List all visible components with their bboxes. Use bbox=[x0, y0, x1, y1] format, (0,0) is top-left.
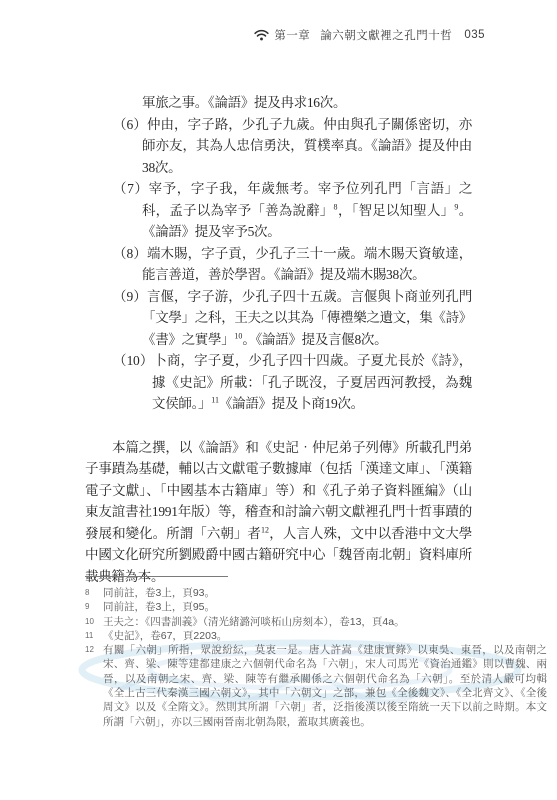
disciple-item-6: （6）仲由，字子路，少孔子九歲。仲由與孔子關係密切，亦師亦友，其為人忠信勇決，質… bbox=[85, 114, 472, 179]
footnote-text: 王夫之：《四書訓義》（清光緒潞河啖柘山房刻本），卷13，頁4a。 bbox=[103, 616, 405, 628]
footnote-number: 9 bbox=[85, 600, 89, 614]
item-marker: （9） bbox=[113, 289, 147, 304]
book-page: 第一章 論六朝文獻裡之孔門十哲 035 軍旅之事。《論語》提及冉求16次。 （6… bbox=[0, 0, 557, 800]
footnote-text: 《史記》，卷67，頁2203。 bbox=[103, 630, 227, 642]
item-marker: （7） bbox=[113, 181, 149, 196]
footnote-number: 12 bbox=[85, 643, 94, 657]
footnote-8: 8 同前註，卷3上，頁93。 bbox=[85, 586, 547, 600]
wifi-ornament-icon bbox=[254, 29, 269, 41]
footnote-number: 8 bbox=[85, 586, 89, 600]
disciple-item-8: （8）端木賜，字子貢，少孔子三十一歲。端木賜天資敏達，能言善道，善於學習。《論語… bbox=[85, 243, 472, 286]
item-marker: （10） bbox=[113, 353, 153, 368]
item-text: 卜商，字子夏，少孔子四十四歲。子夏尤長於《詩》，據《史記》所載：「孔子既沒，子夏… bbox=[152, 353, 472, 411]
footnote-text: 同前註，卷3上，頁93。 bbox=[103, 587, 215, 599]
methodology-paragraph: 本篇之撰，以《論語》和《史記‧仲尼弟子列傳》所載孔門弟子事蹟為基礎，輔以古文獻電… bbox=[85, 437, 472, 588]
footnote-12: 12 有關「六朝」所指，眾說紛紜，莫衷一是。唐人許嵩《建康實錄》以東吳、東晉，以… bbox=[85, 643, 547, 729]
disciple-item-7: （7）宰予，字子我，年歲無考。宰予位列孔門「言語」之科，孟子以為宰予「善為說辭」… bbox=[85, 178, 472, 243]
chapter-label: 第一章 bbox=[274, 27, 310, 43]
continuation-line: 軍旅之事。《論語》提及冉求16次。 bbox=[85, 92, 472, 114]
chapter-title: 論六朝文獻裡之孔門十哲 bbox=[320, 27, 452, 43]
item-text: 宰予，字子我，年歲無考。宰予位列孔門「言語」之科，孟子以為宰予「善為說辭」8，「… bbox=[142, 181, 472, 239]
running-head: 第一章 論六朝文獻裡之孔門十哲 035 bbox=[0, 27, 485, 43]
item-marker: （6） bbox=[113, 117, 147, 132]
footnote-11: 11 《史記》，卷67，頁2203。 bbox=[85, 629, 547, 643]
footnote-number: 10 bbox=[85, 615, 94, 629]
page-number: 035 bbox=[464, 29, 485, 41]
footnote-10: 10 王夫之：《四書訓義》（清光緒潞河啖柘山房刻本），卷13，頁4a。 bbox=[85, 615, 547, 629]
footnote-number: 11 bbox=[85, 629, 93, 643]
item-text: 端木賜，字子貢，少孔子三十一歲。端木賜天資敏達，能言善道，善於學習。《論語》提及… bbox=[142, 246, 472, 283]
footnote-separator bbox=[85, 576, 228, 577]
disciple-item-10: （10）卜商，字子夏，少孔子四十四歲。子夏尤長於《詩》，據《史記》所載：「孔子既… bbox=[85, 350, 472, 415]
footnote-text: 同前註，卷3上，頁95。 bbox=[103, 601, 215, 613]
footnote-block: 8 同前註，卷3上，頁93。 9 同前註，卷3上，頁95。 10 王夫之：《四書… bbox=[85, 576, 547, 729]
disciple-item-9: （9）言偃，字子游，少孔子四十五歲。言偃與卜商並列孔門「文學」之科，王夫之以其為… bbox=[85, 286, 472, 351]
item-marker: （8） bbox=[113, 246, 147, 261]
main-text-block: 軍旅之事。《論語》提及冉求16次。 （6）仲由，字子路，少孔子九歲。仲由與孔子關… bbox=[85, 92, 472, 587]
item-text: 仲由，字子路，少孔子九歲。仲由與孔子關係密切，亦師亦友，其為人忠信勇決，質樸率真… bbox=[142, 117, 472, 175]
item-text: 言偃，字子游，少孔子四十五歲。言偃與卜商並列孔門「文學」之科，王夫之以其為「傳禮… bbox=[142, 289, 472, 347]
footnote-9: 9 同前註，卷3上，頁95。 bbox=[85, 600, 547, 614]
footnote-text: 有關「六朝」所指，眾說紛紜，莫衷一是。唐人許嵩《建康實錄》以東吳、東晉，以及南朝… bbox=[103, 644, 547, 727]
